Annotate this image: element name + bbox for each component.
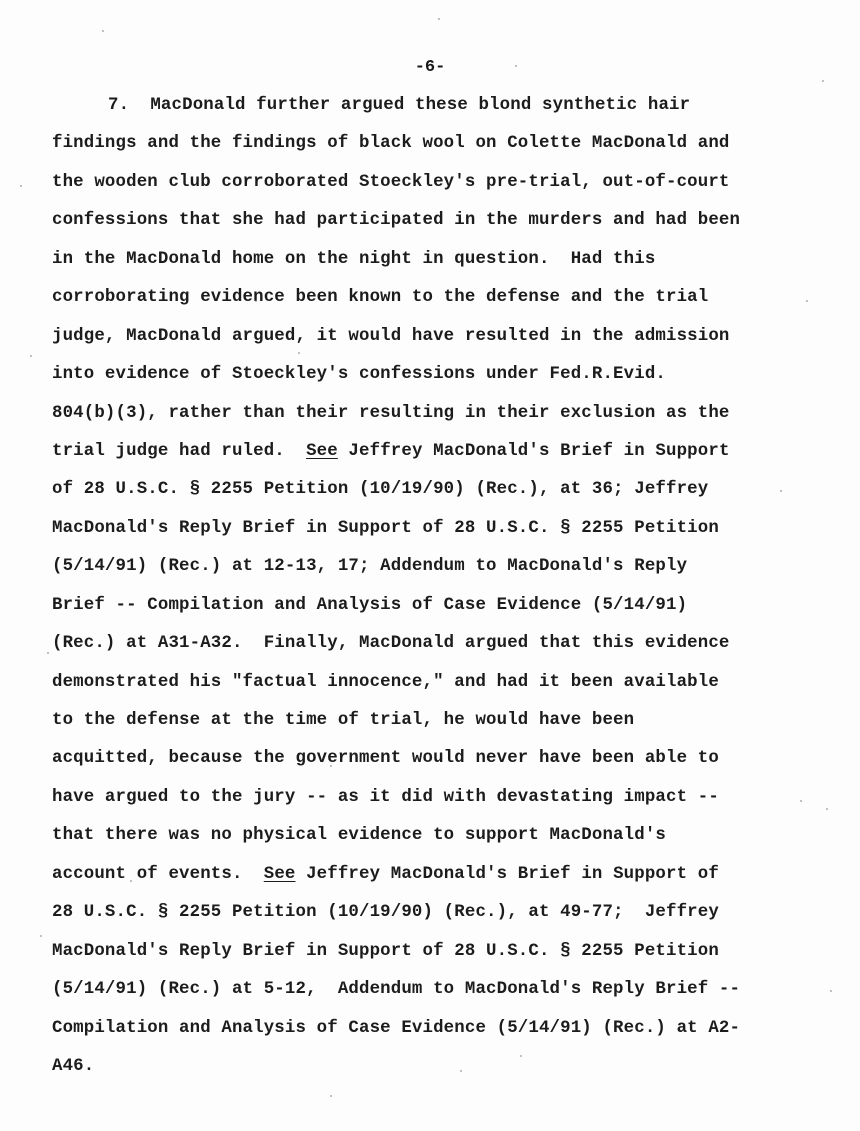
scan-speck — [780, 490, 782, 492]
scan-speck — [298, 352, 300, 354]
text-line: 804(b)(3), rather than their resulting i… — [52, 400, 842, 438]
text-line: into evidence of Stoeckley's confessions… — [52, 361, 842, 399]
text-line: trial judge had ruled. See Jeffrey MacDo… — [52, 438, 842, 476]
scan-speck — [40, 935, 42, 937]
text-run: 28 U.S.C. § 2255 Petition (10/19/90) (Re… — [52, 903, 719, 922]
text-run: MacDonald's Reply Brief in Support of 28… — [52, 519, 719, 538]
text-run: Jeffrey MacDonald's Brief in Support — [338, 442, 730, 461]
text-line: MacDonald's Reply Brief in Support of 28… — [52, 515, 842, 553]
scan-speck — [20, 185, 22, 187]
scan-speck — [102, 30, 104, 32]
text-line: the wooden club corroborated Stoeckley's… — [52, 169, 842, 207]
text-line: have argued to the jury -- as it did wit… — [52, 784, 842, 822]
text-line: confessions that she had participated in… — [52, 207, 842, 245]
text-line: 7. MacDonald further argued these blond … — [52, 92, 842, 130]
text-run: 7. MacDonald further argued these blond … — [108, 96, 690, 115]
text-run: (Rec.) at A31-A32. Finally, MacDonald ar… — [52, 634, 730, 653]
text-run: demonstrated his "factual innocence," an… — [52, 673, 719, 692]
scan-speck — [47, 652, 49, 654]
text-run: to the defense at the time of trial, he … — [52, 711, 634, 730]
text-line: (5/14/91) (Rec.) at 12-13, 17; Addendum … — [52, 553, 842, 591]
scan-speck — [806, 300, 808, 302]
scan-speck — [822, 80, 824, 82]
text-line: 28 U.S.C. § 2255 Petition (10/19/90) (Re… — [52, 899, 842, 937]
citation-signal-see: See — [264, 865, 296, 884]
scan-speck — [330, 1095, 332, 1097]
page-number: -6- — [0, 58, 860, 77]
text-run: (5/14/91) (Rec.) at 5-12, Addendum to Ma… — [52, 980, 740, 999]
text-run: corroborating evidence been known to the… — [52, 288, 708, 307]
text-run: in the MacDonald home on the night in qu… — [52, 250, 655, 269]
scan-speck — [520, 1055, 522, 1057]
text-run: account of events. — [52, 865, 264, 884]
text-line: findings and the findings of black wool … — [52, 130, 842, 168]
text-run: Brief -- Compilation and Analysis of Cas… — [52, 596, 687, 615]
text-run: MacDonald's Reply Brief in Support of 28… — [52, 942, 719, 961]
text-run: trial judge had ruled. — [52, 442, 306, 461]
text-line: Compilation and Analysis of Case Evidenc… — [52, 1015, 842, 1053]
scan-speck — [515, 65, 517, 67]
text-run: that there was no physical evidence to s… — [52, 826, 666, 845]
paragraph-7: 7. MacDonald further argued these blond … — [52, 92, 842, 1091]
text-line: to the defense at the time of trial, he … — [52, 707, 842, 745]
scan-speck — [460, 1070, 462, 1072]
text-run: A46. — [52, 1057, 94, 1076]
text-run: have argued to the jury -- as it did wit… — [52, 788, 719, 807]
text-line: in the MacDonald home on the night in qu… — [52, 246, 842, 284]
text-run: judge, MacDonald argued, it would have r… — [52, 327, 730, 346]
text-line: account of events. See Jeffrey MacDonald… — [52, 861, 842, 899]
text-run: 804(b)(3), rather than their resulting i… — [52, 404, 730, 423]
scan-speck — [800, 800, 802, 802]
text-run: of 28 U.S.C. § 2255 Petition (10/19/90) … — [52, 480, 708, 499]
text-line: A46. — [52, 1053, 842, 1091]
scan-speck — [830, 990, 832, 992]
text-run: acquitted, because the government would … — [52, 749, 719, 768]
text-line: of 28 U.S.C. § 2255 Petition (10/19/90) … — [52, 476, 842, 514]
text-run: (5/14/91) (Rec.) at 12-13, 17; Addendum … — [52, 557, 687, 576]
text-run: confessions that she had participated in… — [52, 211, 740, 230]
text-run: into evidence of Stoeckley's confessions… — [52, 365, 666, 384]
text-line: corroborating evidence been known to the… — [52, 284, 842, 322]
document-page: -6- 7. MacDonald further argued these bl… — [0, 0, 860, 1131]
text-run: the wooden club corroborated Stoeckley's… — [52, 173, 730, 192]
text-line: judge, MacDonald argued, it would have r… — [52, 323, 842, 361]
scan-speck — [330, 765, 332, 767]
scan-speck — [130, 880, 132, 882]
text-line: MacDonald's Reply Brief in Support of 28… — [52, 938, 842, 976]
text-line: demonstrated his "factual innocence," an… — [52, 669, 842, 707]
scan-speck — [30, 355, 32, 357]
text-line: (Rec.) at A31-A32. Finally, MacDonald ar… — [52, 630, 842, 668]
text-line: that there was no physical evidence to s… — [52, 822, 842, 860]
citation-signal-see: See — [306, 442, 338, 461]
text-run: Jeffrey MacDonald's Brief in Support of — [296, 865, 719, 884]
scan-speck — [255, 300, 257, 302]
scan-speck — [438, 18, 440, 20]
text-run: Compilation and Analysis of Case Evidenc… — [52, 1019, 740, 1038]
scan-speck — [826, 808, 828, 810]
text-run: findings and the findings of black wool … — [52, 134, 730, 153]
text-line: acquitted, because the government would … — [52, 745, 842, 783]
text-line: (5/14/91) (Rec.) at 5-12, Addendum to Ma… — [52, 976, 842, 1014]
text-line: Brief -- Compilation and Analysis of Cas… — [52, 592, 842, 630]
